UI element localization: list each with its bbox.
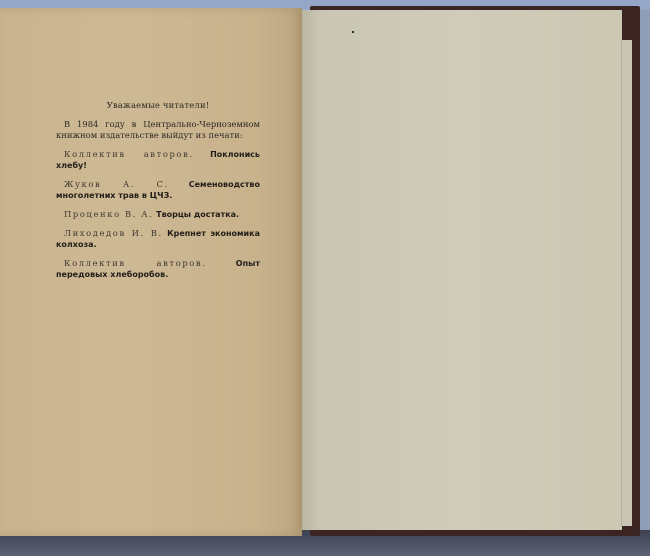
publisher-notice: Уважаемые читатели! В 1984 году в Центра… [56,100,260,288]
book-author: Коллектив авторов. [64,149,194,159]
book-author: Коллектив авторов. [64,258,207,268]
page-block-edge [621,40,632,526]
book-title: Творцы достатка. [156,210,239,219]
book-author: Лиходедов И. В. [64,228,163,238]
book-entry: Коллектив авторов. Опыт передовых хлебор… [56,258,260,280]
book-entry: Жуков А. С. Семеноводство многолетних тр… [56,179,260,201]
notice-intro: В 1984 году в Центрально-Черноземном кни… [56,119,260,141]
paper-speck [352,31,354,33]
book-author: Проценко В. А. [64,209,153,219]
book-entry: Лиходедов И. В. Крепнет экономика колхоз… [56,228,260,250]
book-author: Жуков А. С. [64,179,169,189]
book-entry: Проценко В. А. Творцы достатка. [56,209,260,220]
notice-heading: Уважаемые читатели! [56,100,260,111]
right-page-blank [302,10,622,530]
book-entry: Коллектив авторов. Поклонись хлебу! [56,149,260,171]
